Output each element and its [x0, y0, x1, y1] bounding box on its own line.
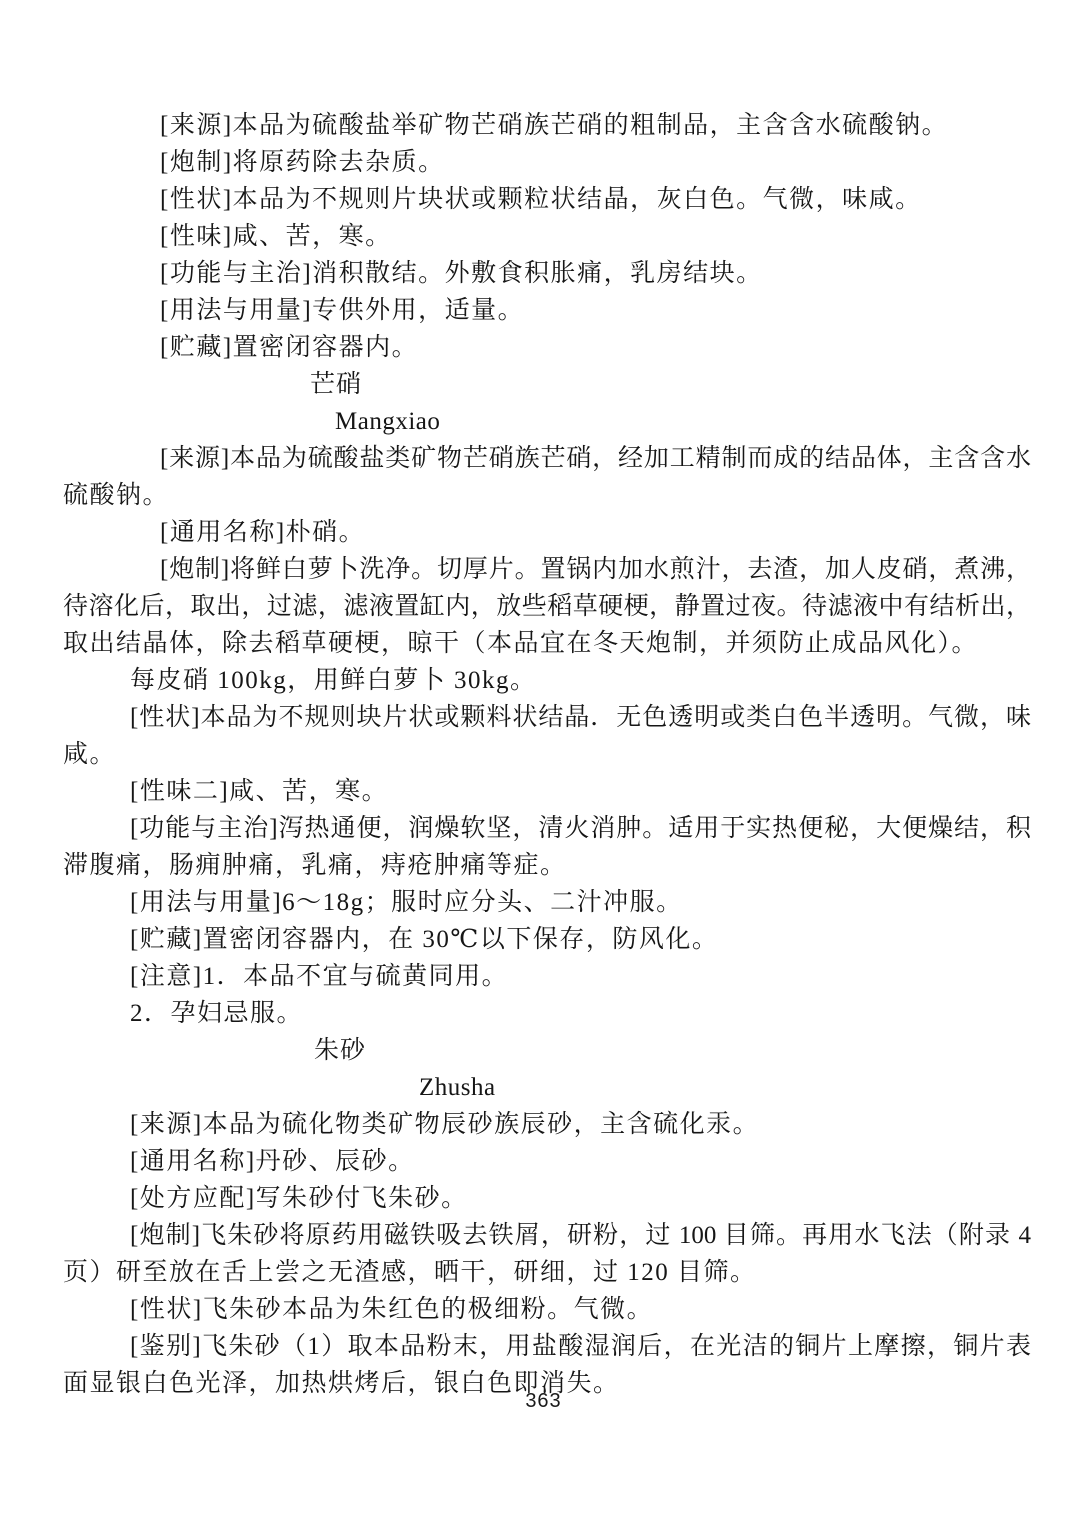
text-line: 滞腹痛，肠痈肿痛，乳痛，痔疮肿痛等症。 [63, 847, 1031, 884]
text-line: [来源]本品为硫酸盐类矿物芒硝族芒硝，经加工精制而成的结品体，主含含水 [63, 440, 1031, 477]
text-line: [功能与主治]消积散结。外敷食积胀痛，乳房结块。 [63, 255, 1031, 292]
drug-name-heading: 芒硝 [63, 366, 1031, 403]
text-line: 硫酸钠。 [63, 477, 1031, 514]
drug-name-heading: 朱砂 [63, 1032, 1031, 1069]
text-line: 页）研至放在舌上尝之无渣感，晒干，研细，过 120 目筛。 [63, 1254, 1031, 1291]
text-line: [鉴别]飞朱砂（1）取本品粉末，用盐酸湿润后，在光洁的铜片上摩擦，铜片表 [63, 1328, 1031, 1365]
page-content: [来源]本品为硫酸盐举矿物芒硝族芒硝的粗制品，主含含水硫酸钠。[炮制]将原药除去… [63, 107, 1031, 1402]
text-line: [性味二]咸、苦，寒。 [63, 773, 1031, 810]
text-line: [性状]飞朱砂本品为朱红色的极细粉。气微。 [63, 1291, 1031, 1328]
text-line: [功能与主治]泻热通便，润燥软坚，清火消肿。适用于实热便秘，大便燥结，积 [63, 810, 1031, 847]
text-line: 咸。 [63, 736, 1031, 773]
text-line: [用法与用量]专供外用，适量。 [63, 292, 1031, 329]
document-page: [来源]本品为硫酸盐举矿物芒硝族芒硝的粗制品，主含含水硫酸钠。[炮制]将原药除去… [0, 0, 1087, 1536]
text-line: [通用名称]丹砂、辰砂。 [63, 1143, 1031, 1180]
text-line: [注意]1．本品不宜与硫黄同用。 [63, 958, 1031, 995]
text-line: [处方应配]写朱砂付飞朱砂。 [63, 1180, 1031, 1217]
text-line: [炮制]将鲜白萝卜洗净。切厚片。置锅内加水煎汁，去渣，加人皮硝，煮沸， [63, 551, 1031, 588]
text-line: [性状]本品为不规则块片状或颗料状结晶．无色透明或类白色半透明。气微，味 [63, 699, 1031, 736]
text-line: 取出结晶体，除去稻草硬梗，晾干（本品宜在冬天炮制，并须防止成品风化）。 [63, 625, 1031, 662]
text-line: [炮制]飞朱砂将原药用磁铁吸去铁屑，研粉，过 100 目筛。再用水飞法（附录 4 [63, 1217, 1031, 1254]
text-line: [来源]本品为硫化物类矿物辰砂族辰砂，主含硫化汞。 [63, 1106, 1031, 1143]
page-number: 363 [0, 1390, 1087, 1413]
text-line: [炮制]将原药除去杂质。 [63, 144, 1031, 181]
text-line: 待溶化后，取出，过滤，滤液置缸内，放些稻草硬梗，静置过夜。待滤液中有结析出， [63, 588, 1031, 625]
text-line: [性状]本品为不规则片块状或颗粒状结晶，灰白色。气微，味咸。 [63, 181, 1031, 218]
text-line: 2．孕妇忌服。 [63, 995, 1031, 1032]
text-line: [贮藏]置密闭容器内。 [63, 329, 1031, 366]
pinyin-heading: Zhusha [63, 1069, 1031, 1106]
text-line: [来源]本品为硫酸盐举矿物芒硝族芒硝的粗制品，主含含水硫酸钠。 [63, 107, 1031, 144]
text-line: [贮藏]置密闭容器内，在 30℃以下保存，防风化。 [63, 921, 1031, 958]
text-line: [性味]咸、苦，寒。 [63, 218, 1031, 255]
text-line: [通用名称]朴硝。 [63, 514, 1031, 551]
text-line: 每皮硝 100kg，用鲜白萝卜 30kg。 [63, 662, 1031, 699]
pinyin-heading: Mangxiao [63, 403, 1031, 440]
text-line: [用法与用量]6～18g；服时应分头、二汁冲服。 [63, 884, 1031, 921]
